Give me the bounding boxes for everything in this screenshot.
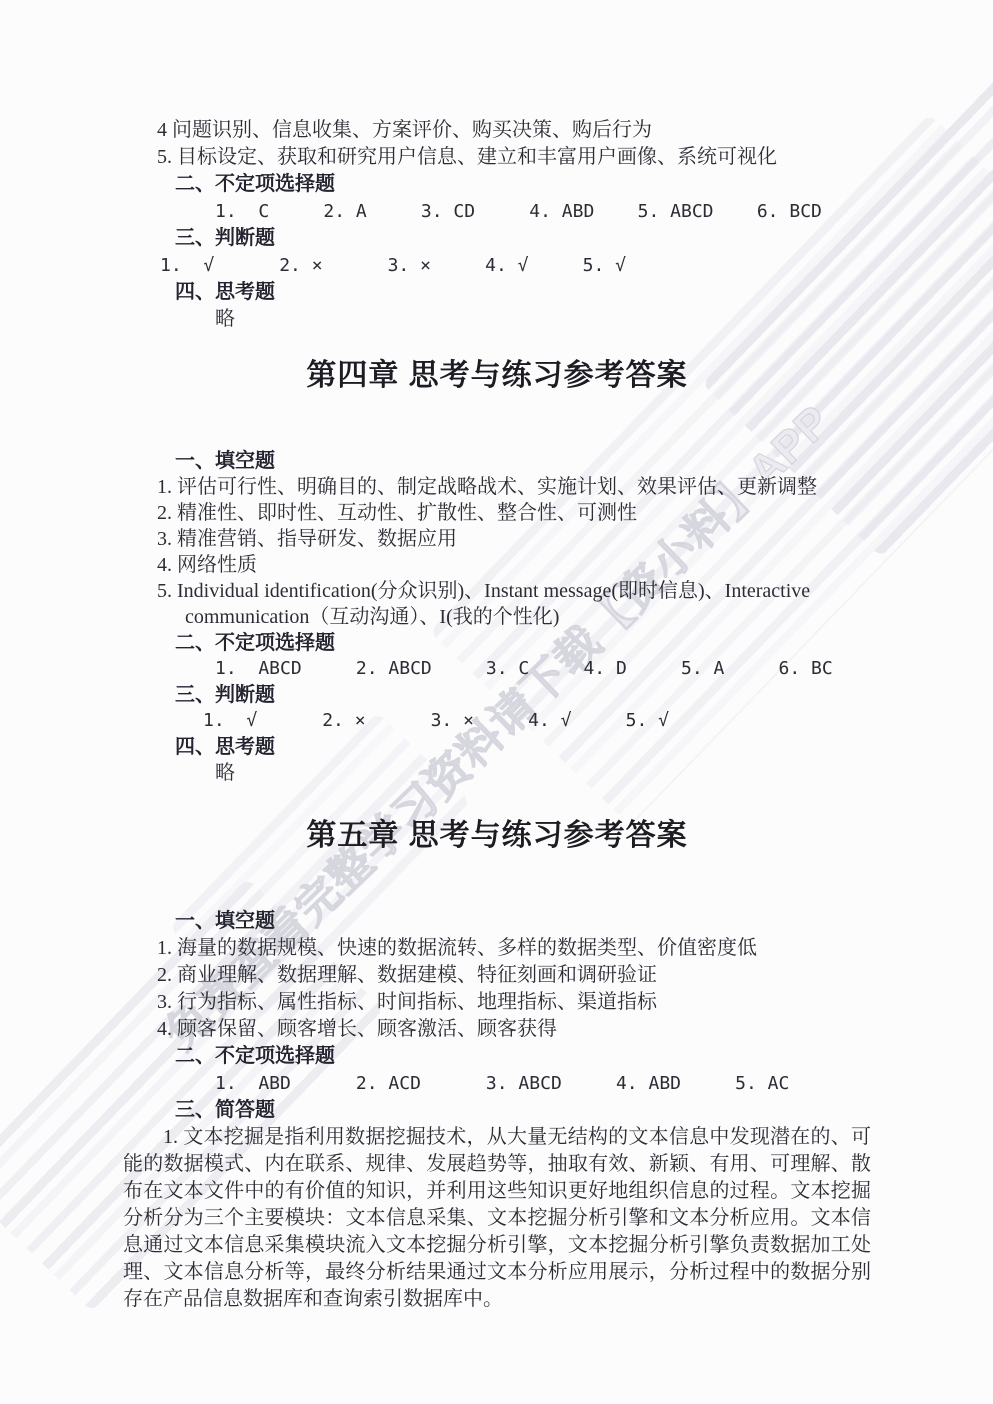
- section-heading: 三、判断题: [175, 682, 871, 708]
- think-answer: 略: [215, 760, 871, 786]
- section-heading: 二、不定项选择题: [175, 1043, 871, 1070]
- section-heading: 一、填空题: [175, 908, 871, 935]
- judge-answers-line: 1. √ 2. × 3. × 4. √ 5. √: [203, 708, 871, 734]
- fill-answer-line: 3. 行为指标、属性指标、时间指标、地理指标、渠道指标: [157, 989, 871, 1016]
- fill-answer-line: 2. 商业理解、数据理解、数据建模、特征刻画和调研验证: [157, 962, 871, 989]
- document-page: 免费查看完整学习资料请下载【资小料】APP 4 问题识别、信息收集、方案评价、购…: [0, 0, 993, 1404]
- section-heading: 四、思考题: [175, 279, 871, 306]
- fill-answer-line: 4. 顾客保留、顾客增长、顾客激活、顾客获得: [157, 1016, 871, 1043]
- fill-answer-line: 5. 目标设定、获取和研究用户信息、建立和丰富用户画像、系统可视化: [157, 144, 871, 171]
- section-heading: 三、判断题: [175, 225, 871, 252]
- fill-answer-line: 2. 精准性、即时性、互动性、扩散性、整合性、可测性: [157, 500, 871, 526]
- fill-answer-line: 5. Individual identification(分众识别)、Insta…: [157, 578, 871, 604]
- fill-answer-line: 1. 评估可行性、明确目的、制定战略战术、实施计划、效果评估、更新调整: [157, 474, 871, 500]
- fill-answer-line: 4 问题识别、信息收集、方案评价、购买决策、购后行为: [157, 117, 871, 144]
- section-heading: 二、不定项选择题: [175, 171, 871, 198]
- think-answer: 略: [215, 306, 871, 333]
- section-heading: 三、简答题: [175, 1097, 871, 1124]
- section-heading: 二、不定项选择题: [175, 630, 871, 656]
- chapter-title: 第五章 思考与练习参考答案: [123, 816, 871, 856]
- fill-answer-line: 3. 精准营销、指导研发、数据应用: [157, 526, 871, 552]
- page-content: 4 问题识别、信息收集、方案评价、购买决策、购后行为 5. 目标设定、获取和研究…: [123, 117, 871, 1313]
- fill-answer-line: 4. 网络性质: [157, 552, 871, 578]
- judge-answers-line: 1. √ 2. × 3. × 4. √ 5. √: [160, 252, 871, 279]
- choice-answers-line: 1. C 2. A 3. CD 4. ABD 5. ABCD 6. BCD: [215, 198, 871, 225]
- choice-answers-line: 1. ABD 2. ACD 3. ABCD 4. ABD 5. AC: [215, 1070, 871, 1097]
- section-heading: 四、思考题: [175, 734, 871, 760]
- short-answer-paragraph: 1. 文本挖掘是指利用数据挖掘技术，从大量无结构的文本信息中发现潜在的、可能的数…: [123, 1124, 871, 1313]
- fill-answer-line: 1. 海量的数据规模、快速的数据流转、多样的数据类型、价值密度低: [157, 935, 871, 962]
- chapter-title: 第四章 思考与练习参考答案: [123, 356, 871, 396]
- fill-answer-line-continuation: communication（互动沟通）、I(我的个性化): [185, 604, 871, 630]
- choice-answers-line: 1. ABCD 2. ABCD 3. C 4. D 5. A 6. BC: [215, 656, 871, 682]
- section-heading: 一、填空题: [175, 448, 871, 474]
